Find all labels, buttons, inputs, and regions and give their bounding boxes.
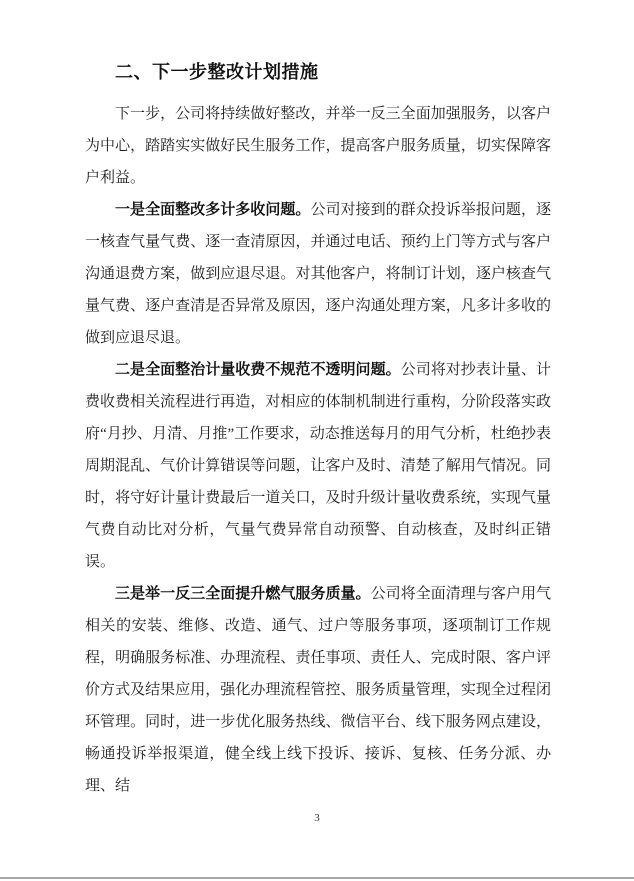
document-content: 二、下一步整改计划措施 下一步，公司将持续做好整改，并举一反三全面加强服务，以客… (85, 58, 551, 802)
paragraph-lead: 一是全面整改多计多收问题。 (115, 202, 310, 218)
paragraph-lead: 二是全面整治计量收费不规范不透明问题。 (115, 362, 401, 378)
paragraph-lead: 三是举一反三全面提升燃气服务质量。 (115, 586, 371, 602)
paragraph-text: 下一步，公司将持续做好整改，并举一反三全面加强服务，以客户为中心，踏踏实实做好民… (85, 106, 551, 186)
body-paragraph: 二是全面整治计量收费不规范不透明问题。公司将对抄表计量、计费收费相关流程进行再造… (85, 354, 551, 578)
paragraph-text: 公司将对抄表计量、计费收费相关流程进行再造，对相应的体制机制进行重构，分阶段落实… (85, 362, 551, 570)
body-paragraph: 三是举一反三全面提升燃气服务质量。公司将全面清理与客户用气相关的安装、维修、改造… (85, 578, 551, 802)
document-page: 二、下一步整改计划措施 下一步，公司将持续做好整改，并举一反三全面加强服务，以客… (0, 0, 634, 881)
page-bottom-edge (0, 877, 634, 879)
paragraph-text: 公司将全面清理与客户用气相关的安装、维修、改造、通气、过户等服务事项，逐项制订工… (85, 586, 551, 794)
paragraph-text: 公司对接到的群众投诉举报问题，逐一核查气量气费、逐一查清原因，并通过电话、预约上… (85, 202, 551, 346)
body-paragraph: 下一步，公司将持续做好整改，并举一反三全面加强服务，以客户为中心，踏踏实实做好民… (85, 98, 551, 194)
page-number: 3 (0, 810, 634, 826)
section-heading: 二、下一步整改计划措施 (115, 58, 551, 86)
body-paragraph: 一是全面整改多计多收问题。公司对接到的群众投诉举报问题，逐一核查气量气费、逐一查… (85, 194, 551, 354)
